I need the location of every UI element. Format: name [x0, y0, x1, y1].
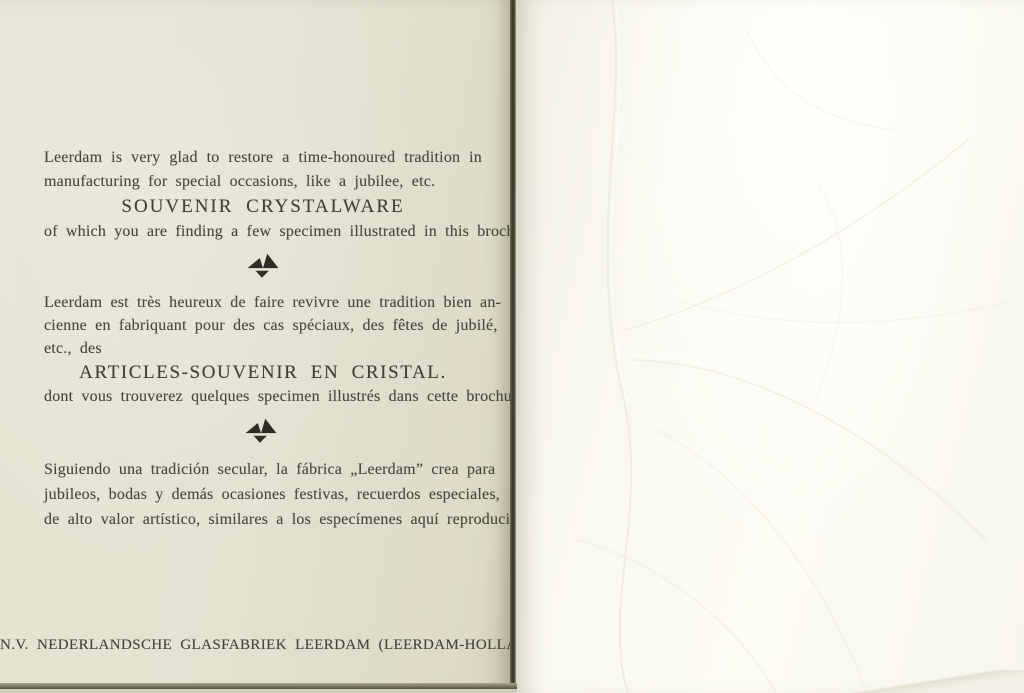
- french-line-3: etc., des: [44, 337, 482, 360]
- spanish-paragraph: Siguiendo una tradición secular, la fábr…: [44, 457, 482, 532]
- french-line-2: cienne en fabriquant pour des cas spécia…: [44, 314, 482, 337]
- english-paragraph: Leerdam is very glad to restore a time-h…: [44, 146, 482, 244]
- english-closing-line: of which you are finding a few specimen …: [44, 220, 482, 244]
- english-heading: SOUVENIR CRYSTALWARE: [44, 194, 482, 220]
- scanned-brochure-spread: Leerdam is very glad to restore a time-h…: [0, 0, 1024, 693]
- english-line-1: Leerdam is very glad to restore a time-h…: [44, 146, 482, 170]
- french-line-1: Leerdam est très heureux de faire revivr…: [44, 291, 482, 314]
- french-paragraph: Leerdam est très heureux de faire revivr…: [44, 291, 482, 408]
- page-corner-curl: [790, 670, 1024, 693]
- scan-bottom-edge-light: [0, 689, 517, 693]
- publisher-footer: N.V. NEDERLANDSCHE GLASFABRIEK LEERDAM (…: [0, 636, 511, 654]
- leerdam-triangle-mark-icon: [247, 252, 279, 280]
- spanish-line-2: jubileos, bodas y demás ocasiones festiv…: [44, 482, 482, 507]
- right-page-blank-cover: [516, 0, 1024, 693]
- left-page: Leerdam is very glad to restore a time-h…: [0, 0, 511, 693]
- leather-texture-creases: [516, 0, 1024, 693]
- spanish-line-3: de alto valor artístico, similares a los…: [44, 507, 482, 532]
- english-line-2: manufacturing for special occasions, lik…: [44, 170, 482, 194]
- spanish-line-1: Siguiendo una tradición secular, la fábr…: [44, 457, 482, 482]
- french-heading: ARTICLES-SOUVENIR EN CRISTAL.: [44, 360, 482, 385]
- french-closing-line: dont vous trouverez quelques specimen il…: [44, 385, 482, 408]
- leerdam-triangle-mark-icon: [245, 417, 277, 445]
